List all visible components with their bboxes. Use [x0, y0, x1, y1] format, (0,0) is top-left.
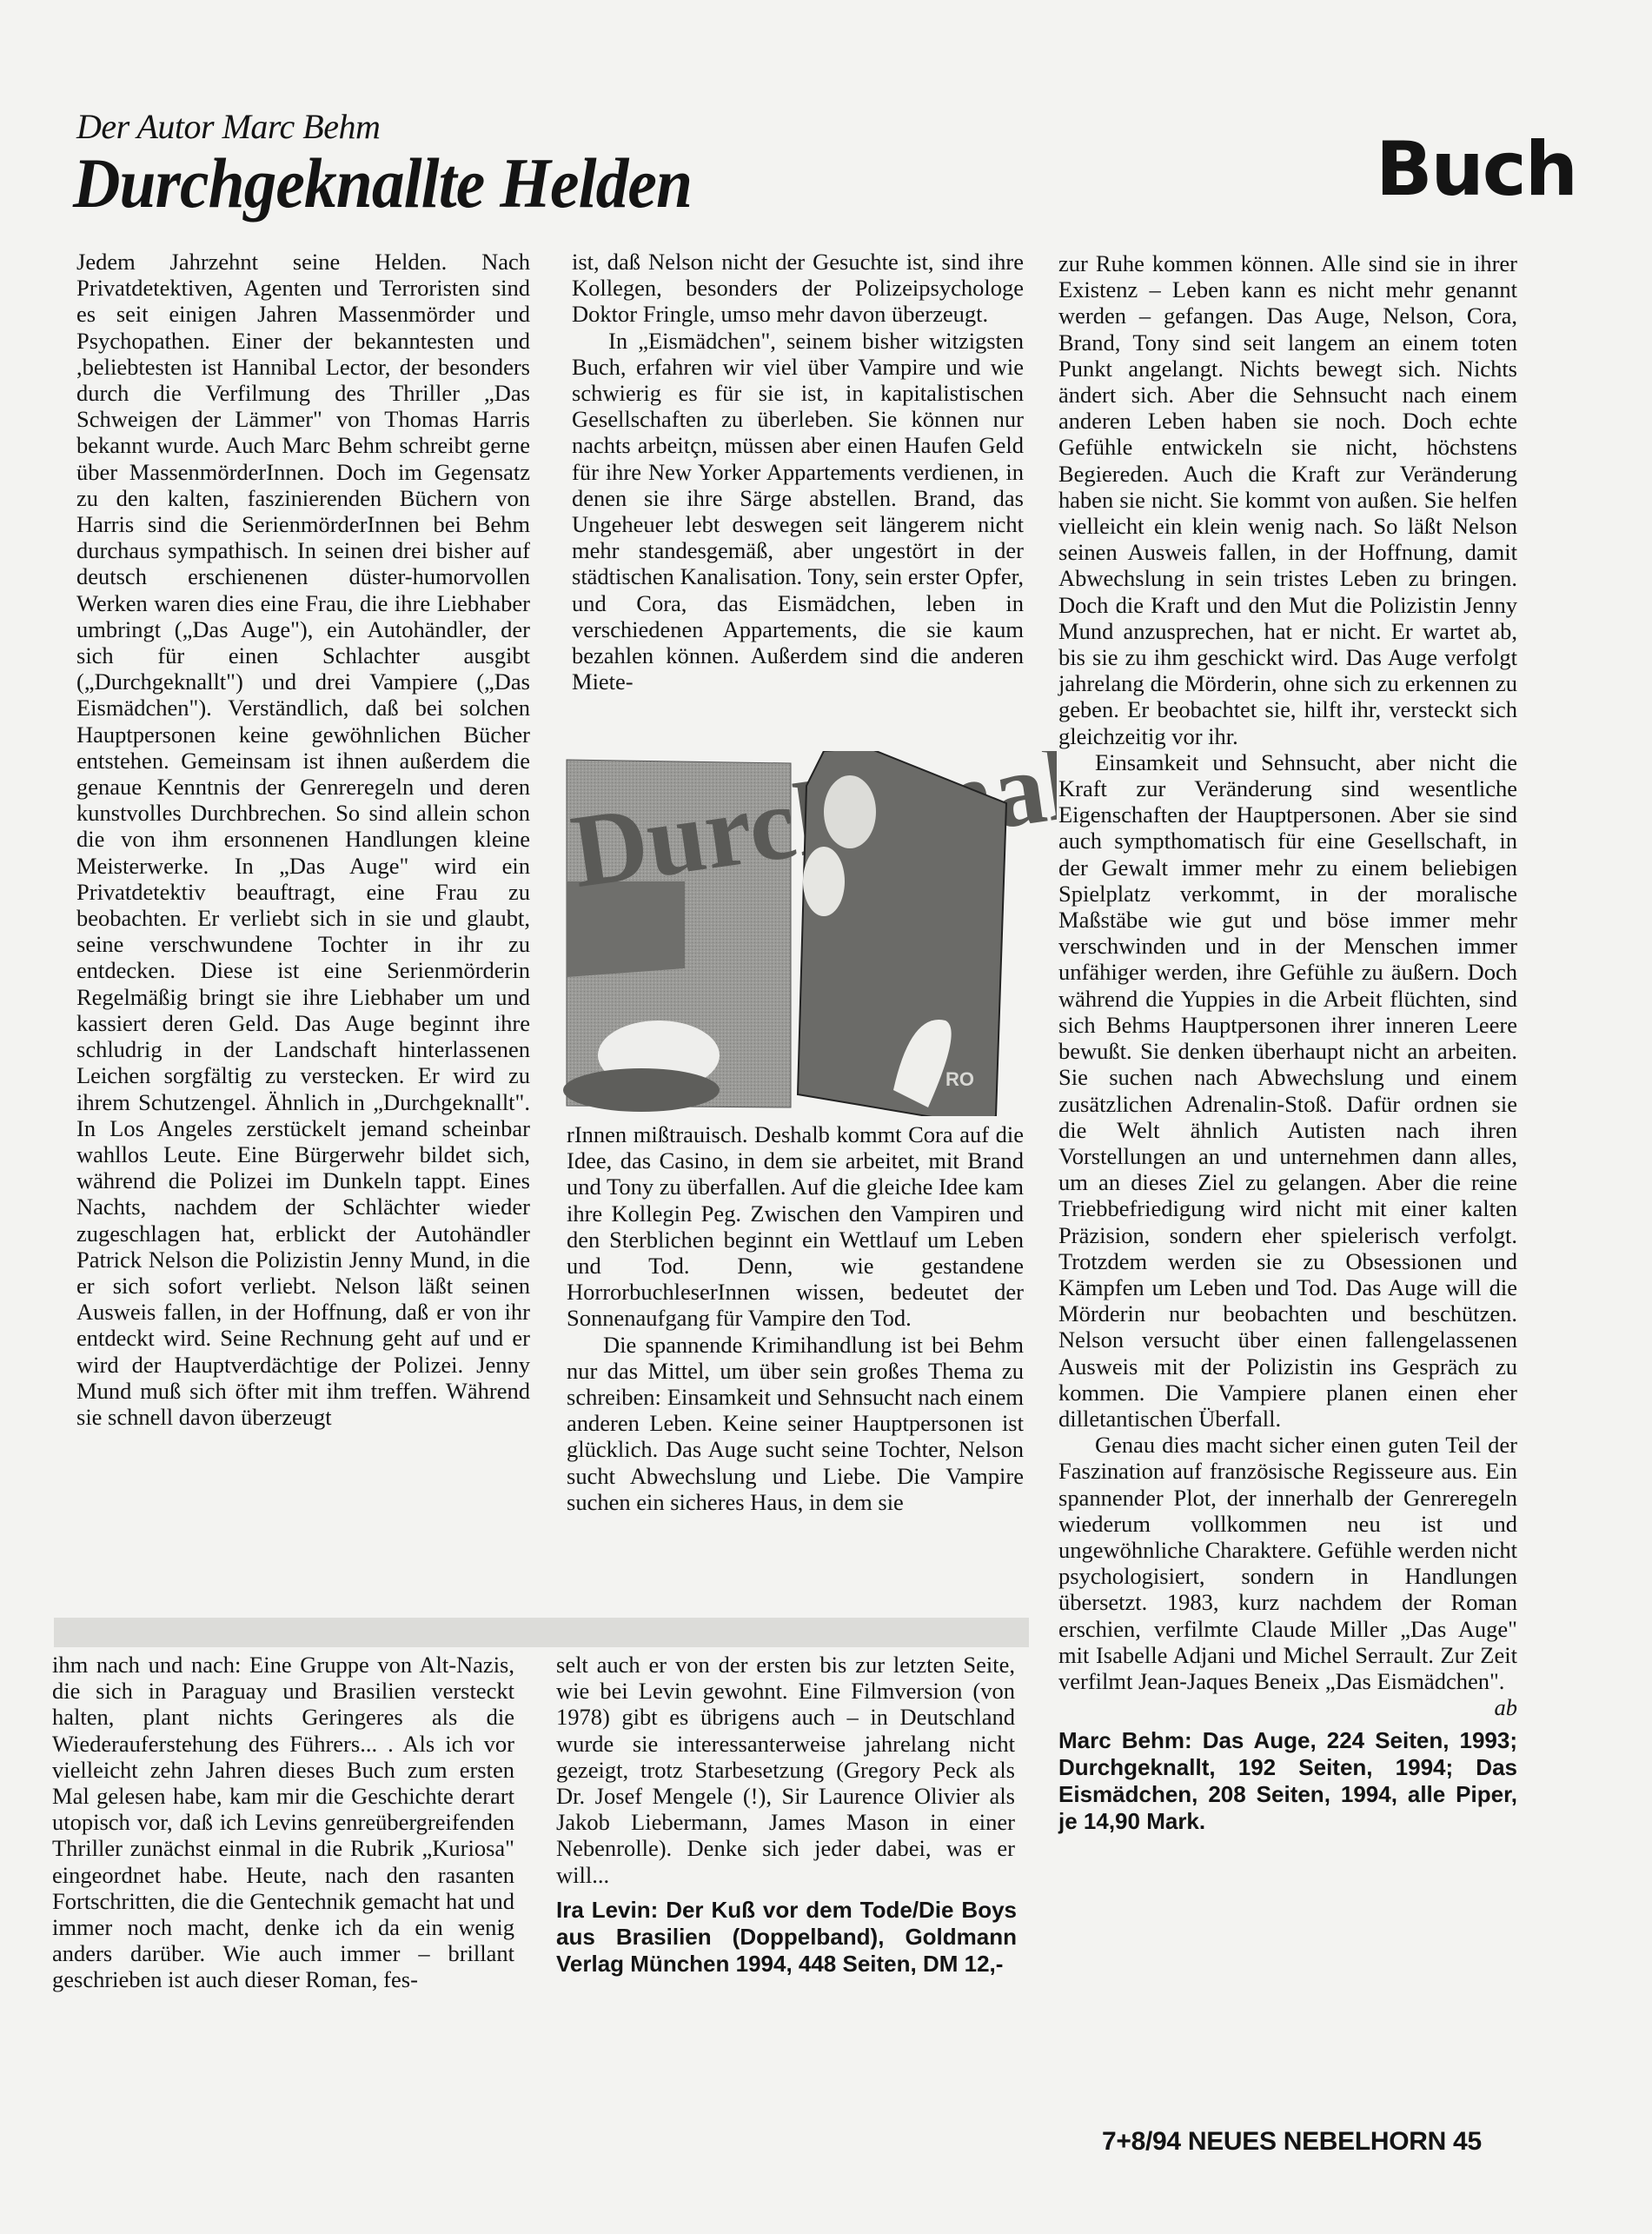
- review-levin-column-1: ihm nach und nach: Eine Gruppe von Alt-N…: [52, 1652, 514, 1993]
- author-initials: ab: [1058, 1694, 1517, 1720]
- article-column-2-bottom: rInnen mißtrauisch. Deshalb kommt Cora a…: [567, 1121, 1024, 1515]
- paragraph: rInnen mißtrauisch. Deshalb kommt Cora a…: [567, 1121, 1024, 1332]
- paragraph: Jedem Jahrzehnt seine Helden. Nach Priva…: [76, 249, 530, 1430]
- article-column-1: Jedem Jahrzehnt seine Helden. Nach Priva…: [76, 249, 530, 1430]
- paragraph: zur Ruhe kommen können. Alle sind sie in…: [1058, 250, 1517, 749]
- book-covers-image: Durch knall RO: [563, 751, 1057, 1116]
- review-levin-column-2: selt auch er von der ersten bis zur letz…: [556, 1652, 1015, 1888]
- page-footer: 7+8/94 NEUES NEBELHORN 45: [1102, 2127, 1482, 2157]
- bibliography-levin: Ira Levin: Der Kuß vor dem Tode/Die Boys…: [556, 1897, 1017, 1978]
- book-cover-photo: Durch knall RO: [563, 751, 1057, 1116]
- article-column-2-top: ist, daß Nelson nicht der Gesuchte ist, …: [572, 249, 1024, 695]
- paragraph: Genau dies macht sicher einen guten Teil…: [1058, 1432, 1517, 1694]
- paragraph: ihm nach und nach: Eine Gruppe von Alt-N…: [52, 1652, 514, 1993]
- paragraph: Die spannende Krimihandlung ist bei Behm…: [567, 1332, 1024, 1515]
- article-column-3: zur Ruhe kommen können. Alle sind sie in…: [1058, 250, 1517, 1835]
- paragraph: ist, daß Nelson nicht der Gesuchte ist, …: [572, 249, 1024, 328]
- paragraph: In „Eismädchen", seinem bisher witzigste…: [572, 328, 1024, 695]
- article-headline: Durchgeknallte Helden: [73, 144, 692, 223]
- article-kicker: Der Autor Marc Behm: [76, 106, 380, 147]
- section-divider-bar: [54, 1618, 1029, 1647]
- section-rubric: Buch: [1376, 130, 1576, 209]
- bibliography-behm: Marc Behm: Das Auge, 224 Seiten, 1993; D…: [1058, 1727, 1517, 1835]
- paragraph: selt auch er von der ersten bis zur letz…: [556, 1652, 1015, 1888]
- svg-text:RO: RO: [945, 1068, 974, 1090]
- paragraph: Einsamkeit und Sehnsucht, aber nicht die…: [1058, 749, 1517, 1432]
